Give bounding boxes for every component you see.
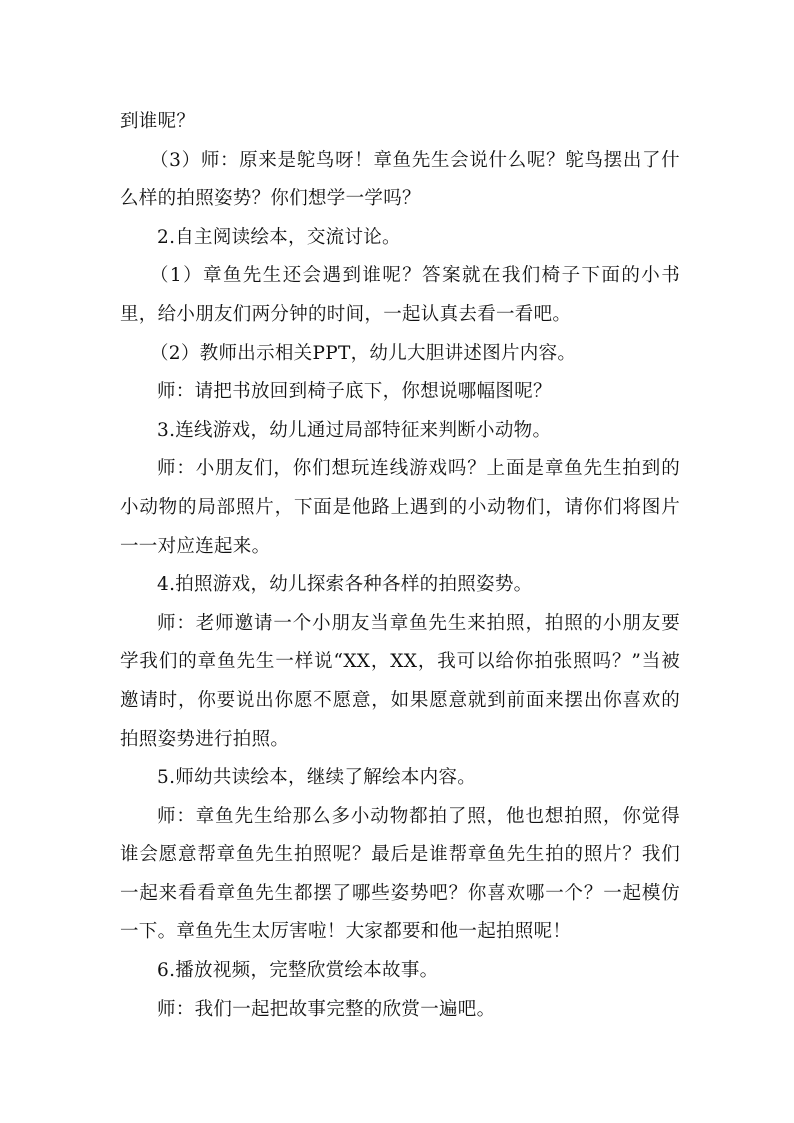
heading-step-2: 2.自主阅读绘本，交流讨论。 bbox=[120, 219, 680, 258]
paragraph-teacher-2: 师：请把书放回到椅子底下，你想说哪幅图呢？ bbox=[120, 373, 680, 412]
paragraph-teacher-3: 师：小朋友们，你们想玩连线游戏吗？上面是章鱼先生拍到的小动物的局部照片，下面是他… bbox=[120, 450, 680, 566]
paragraph-teacher-6: 师：我们一起把故事完整的欣赏一遍吧。 bbox=[120, 991, 680, 1030]
paragraph-step-2-2: （2）教师出示相关PPT，幼儿大胆讲述图片内容。 bbox=[120, 335, 680, 374]
heading-step-4: 4.拍照游戏，幼儿探索各种各样的拍照姿势。 bbox=[120, 566, 680, 605]
paragraph-continuation: 到谁呢？ bbox=[120, 103, 680, 142]
heading-step-3: 3.连线游戏，幼儿通过局部特征来判断小动物。 bbox=[120, 412, 680, 451]
paragraph-teacher-5: 师：章鱼先生给那么多小动物都拍了照，他也想拍照，你觉得谁会愿意帮章鱼先生拍照呢？… bbox=[120, 798, 680, 952]
heading-step-6: 6.播放视频，完整欣赏绘本故事。 bbox=[120, 952, 680, 991]
paragraph-teacher-4: 师：老师邀请一个小朋友当章鱼先生来拍照，拍照的小朋友要学我们的章鱼先生一样说“X… bbox=[120, 605, 680, 759]
document-page: 到谁呢？ （3）师：原来是鸵鸟呀！章鱼先生会说什么呢？鸵鸟摆出了什么样的拍照姿势… bbox=[120, 103, 680, 1029]
heading-step-5: 5.师幼共读绘本，继续了解绘本内容。 bbox=[120, 759, 680, 798]
paragraph-step-2-1: （1）章鱼先生还会遇到谁呢？答案就在我们椅子下面的小书里，给小朋友们两分钟的时间… bbox=[120, 257, 680, 334]
paragraph-step-1-3: （3）师：原来是鸵鸟呀！章鱼先生会说什么呢？鸵鸟摆出了什么样的拍照姿势？你们想学… bbox=[120, 142, 680, 219]
